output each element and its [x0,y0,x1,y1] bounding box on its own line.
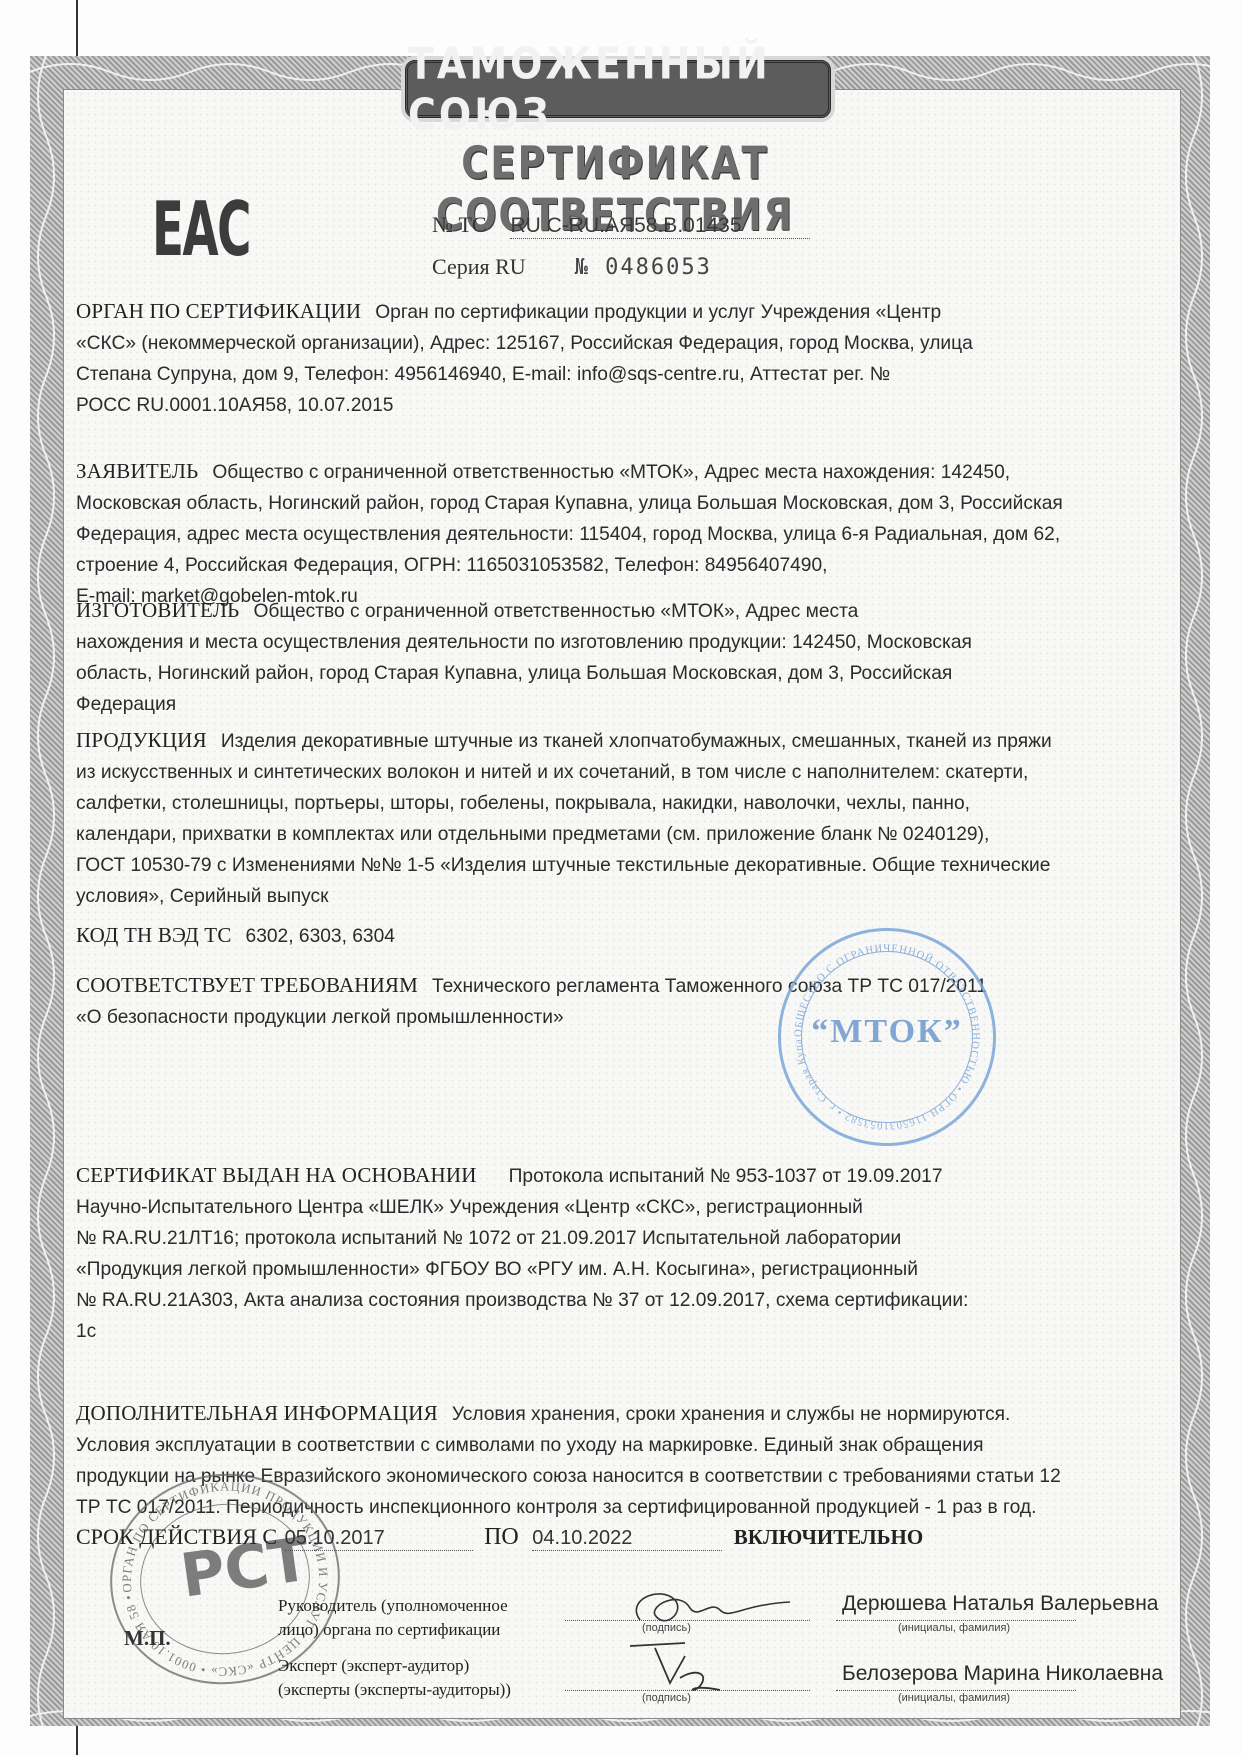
section-text: область, Ногинский район, город Старая К… [76,658,1156,689]
section-heading: ИЗГОТОВИТЕЛЬ [76,598,239,622]
section-text: Научно-Испытательного Центра «ШЕЛК» Учре… [76,1192,1156,1223]
series-number: № 0486053 [575,255,712,280]
section-text: строение 4, Российская Федерация, ОГРН: … [76,550,1156,581]
section-heading: ДОПОЛНИТЕЛЬНАЯ ИНФОРМАЦИЯ [76,1401,438,1425]
section-heading: СЕРТИФИКАТ ВЫДАН НА ОСНОВАНИИ [76,1163,477,1187]
expert-name-line [836,1690,1076,1691]
head-name: Дерюшева Наталья Валерьевна [842,1592,1159,1616]
seal-place-label: М.П. [124,1626,171,1651]
section-tn-ved: КОД ТН ВЭД ТС6302, 6303, 6304 [76,920,1156,952]
section-text: Степана Супруна, дом 9, Телефон: 4956146… [76,359,1156,390]
validity-to-label: ПО [484,1524,519,1550]
expert-role-label: Эксперт (эксперт-аудитор) (эксперты (экс… [278,1654,511,1702]
section-product: ПРОДУКЦИЯИзделия декоративные штучные из… [76,725,1156,912]
validity-suffix: ВКЛЮЧИТЕЛЬНО [734,1525,923,1549]
number-value: RU C-RU.АЯ58.В.01435 [510,214,810,239]
section-applicant: ЗАЯВИТЕЛЬОбщество с ограниченной ответст… [76,456,1156,612]
valid-from-date: 05.10.2017 [285,1527,473,1551]
section-text: Федерация [76,689,1156,720]
validity-label: СРОК ДЕЙСТВИЯ С [76,1524,277,1549]
certificate-number: № ТС RU C-RU.АЯ58.В.01435 [432,212,810,239]
tn-ved-codes: 6302, 6303, 6304 [246,926,395,947]
eac-logo: ЕАС [152,186,250,274]
section-text: Московская область, Ногинский район, гор… [76,488,1156,519]
section-text: № RA.RU.21ЛТ16; протокола испытаний № 10… [76,1223,1156,1254]
expert-label-line-1: Эксперт (эксперт-аудитор) [278,1654,511,1678]
company-stamp: ОБЩЕСТВО С ОГРАНИЧЕННОЙ ОТВЕТСТВЕННОСТЬЮ… [778,928,996,1146]
head-label-line-1: Руководитель (уполномоченное [278,1594,508,1618]
expert-label-line-2: (эксперты (эксперты-аудиторы)) [278,1678,511,1702]
head-name-caption: (инициалы, фамилия) [898,1622,1010,1634]
section-text: условия», Серийный выпуск [76,881,1156,912]
section-certification-body: ОРГАН ПО СЕРТИФИКАЦИИОрган по сертификац… [76,296,1156,421]
section-heading: СООТВЕТСТВУЕТ ТРЕБОВАНИЯМ [76,973,418,997]
expert-signature-scribble [625,1638,735,1698]
certificate-series: Серия RU № 0486053 [432,254,712,280]
number-label: № ТС [432,212,487,237]
section-text: Федерация, адрес места осуществления дея… [76,519,1156,550]
section-text: салфетки, столешницы, портьеры, шторы, г… [76,788,1156,819]
section-manufacturer: ИЗГОТОВИТЕЛЬОбщество с ограниченной отве… [76,595,1156,720]
section-text: «Продукция легкой промышленности» ФГБОУ … [76,1254,1156,1285]
section-heading: ПРОДУКЦИЯ [76,728,207,752]
section-text: Изделия декоративные штучные из тканей х… [221,731,1052,752]
section-heading: ОРГАН ПО СЕРТИФИКАЦИИ [76,299,361,323]
section-text: ГОСТ 10530-79 с Изменениями №№ 1-5 «Изде… [76,850,1156,881]
section-text: 1с [76,1316,1156,1347]
section-heading: ЗАЯВИТЕЛЬ [76,459,198,483]
section-text: Условия хранения, сроки хранения и служб… [452,1404,1011,1425]
section-basis: СЕРТИФИКАТ ВЫДАН НА ОСНОВАНИИПротокола и… [76,1160,1156,1347]
section-text: календари, прихватки в комплектах или от… [76,819,1156,850]
section-text: из искусственных и синтетических волокон… [76,757,1156,788]
valid-to-date: 04.10.2022 [532,1527,722,1551]
company-stamp-name: “МТОК” [781,1013,993,1051]
section-text: Общество с ограниченной ответственностью… [253,601,858,622]
head-role-label: Руководитель (уполномоченное лицо) орган… [278,1594,508,1642]
series-label: Серия RU [432,254,526,279]
certificate-page: ТАМОЖЕННЫЙ СОЮЗ ЕАС СЕРТИФИКАТ СООТВЕТСТ… [0,0,1242,1755]
validity-period: СРОК ДЕЙСТВИЯ С 05.10.2017 ПО 04.10.2022… [76,1524,923,1551]
head-label-line-2: лицо) органа по сертификации [278,1618,508,1642]
expert-name: Белозерова Марина Николаевна [842,1662,1163,1686]
section-heading: КОД ТН ВЭД ТС [76,923,232,947]
expert-name-caption: (инициалы, фамилия) [898,1692,1010,1704]
section-text: нахождения и места осуществления деятель… [76,627,1156,658]
section-text: Протокола испытаний № 953-1037 от 19.09.… [509,1166,943,1187]
section-text: Общество с ограниченной ответственностью… [212,462,1010,483]
banner-text: ТАМОЖЕННЫЙ СОЮЗ [408,38,828,139]
head-name-line [836,1620,1076,1621]
section-text: РОСС RU.0001.10АЯ58, 10.07.2015 [76,390,1156,421]
customs-union-banner: ТАМОЖЕННЫЙ СОЮЗ [405,60,831,118]
section-text: «СКС» (некоммерческой организации), Адре… [76,328,1156,359]
section-text: № RA.RU.21А303, Акта анализа состояния п… [76,1285,1156,1316]
head-signature-scribble [620,1580,800,1635]
section-text: Орган по сертификации продукции и услуг … [375,302,941,323]
section-text: Условия эксплуатации в соответствии с си… [76,1430,1156,1461]
